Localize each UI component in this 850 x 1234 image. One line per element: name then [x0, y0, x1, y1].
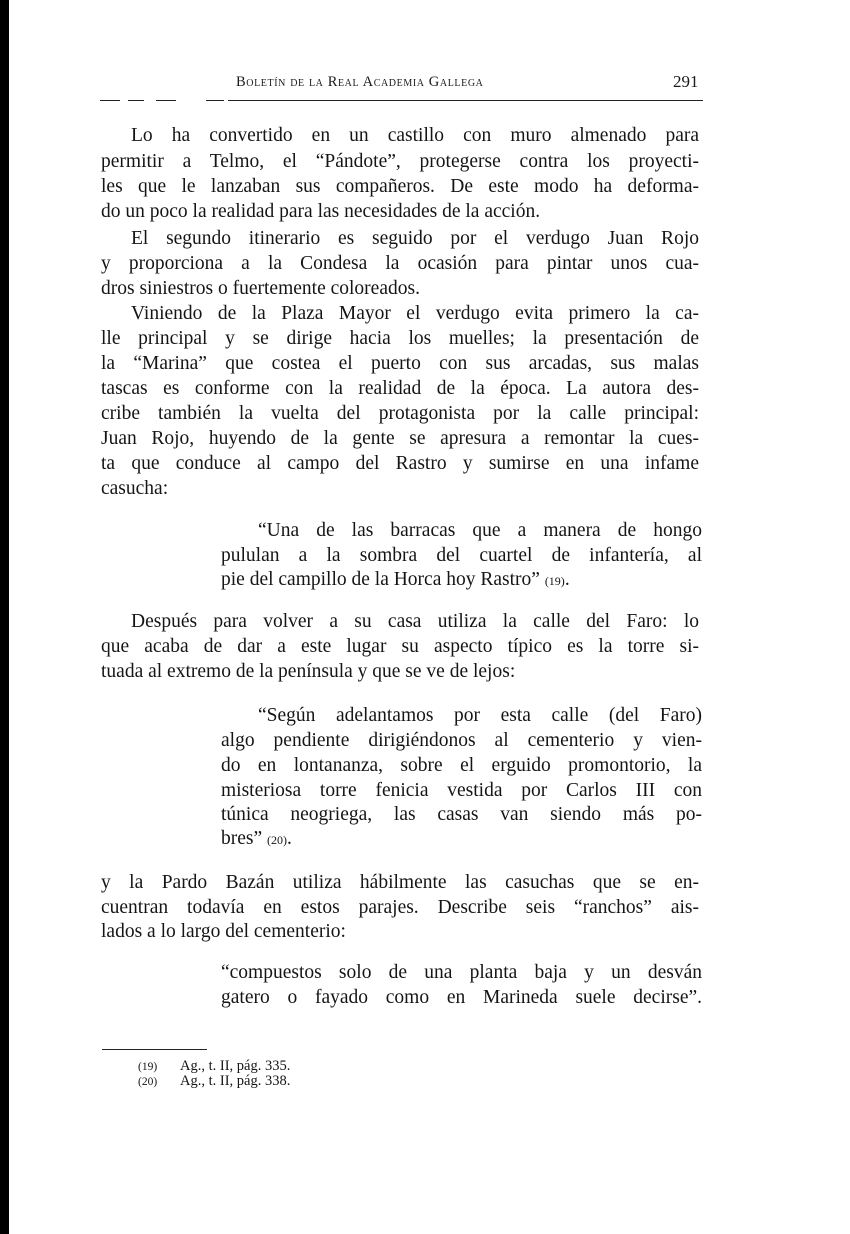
paragraph-line: que acaba de dar a este lugar su aspecto…	[101, 637, 699, 657]
quote-line: “Según adelantamos por esta calle (del F…	[258, 706, 702, 726]
running-title: Boletín de la Real Academia Gallega	[236, 74, 483, 91]
paragraph-line: lle principal y se dirige hacia los muel…	[101, 329, 699, 349]
header-rule	[206, 100, 224, 101]
quote-line: gatero o fayado como en Marineda suele d…	[221, 988, 702, 1008]
footnote-separator	[102, 1049, 207, 1050]
footnote-reference: (20)	[267, 833, 287, 847]
paragraph-line: El segundo itinerario es seguido por el …	[131, 229, 699, 249]
paragraph-line: do un poco la realidad para las necesida…	[101, 202, 699, 222]
paragraph-line: Después para volver a su casa utiliza la…	[131, 612, 699, 632]
header-rule	[156, 100, 176, 101]
paragraph-line: Juan Rojo, huyendo de la gente se apresu…	[101, 429, 699, 449]
footnote-reference: (19)	[545, 574, 565, 588]
page-binding-edge	[0, 0, 9, 1234]
quote-line: do en lontananza, sobre el erguido promo…	[221, 756, 702, 776]
quote-line: algo pendiente dirigiéndonos al cementer…	[221, 731, 702, 751]
paragraph-line: lados a lo largo del cementerio:	[101, 922, 699, 942]
paragraph-line: permitir a Telmo, el “Pándote”, proteger…	[101, 152, 699, 172]
paragraph-line: les que le lanzaban sus compañeros. De e…	[101, 177, 699, 197]
quote-text: bres”	[221, 828, 262, 849]
paragraph-line: y proporciona a la Condesa la ocasión pa…	[101, 254, 699, 274]
quote-line: “compuestos solo de una planta baja y un…	[221, 963, 702, 983]
footnote-mark: (19)	[138, 1061, 180, 1073]
paragraph-line: tascas es conforme con la realidad de la…	[101, 379, 699, 399]
header-rule	[100, 100, 120, 101]
footnote-text: Ag., t. II, pág. 335.	[180, 1058, 290, 1074]
paragraph-line: casucha:	[101, 479, 699, 499]
footnote-mark: (20)	[138, 1076, 180, 1088]
quote-text: pie del campillo de la Horca hoy Rastro”	[221, 569, 540, 590]
quote-trail: .	[565, 569, 570, 590]
quote-line: túnica neogriega, las casas van siendo m…	[221, 805, 702, 825]
header-rule	[128, 100, 144, 101]
footnote-text: Ag., t. II, pág. 338.	[180, 1073, 290, 1089]
paragraph-line: Lo ha convertido en un castillo con muro…	[131, 126, 699, 146]
paragraph-line: Viniendo de la Plaza Mayor el verdugo ev…	[131, 304, 699, 324]
quote-line: pie del campillo de la Horca hoy Rastro”…	[221, 570, 702, 590]
quote-line: “Una de las barracas que a manera de hon…	[258, 521, 702, 541]
quote-line: misteriosa torre fenicia vestida por Car…	[221, 781, 702, 801]
quote-line: bres” (20).	[221, 829, 702, 849]
paragraph-line: dros siniestros o fuertemente coloreados…	[101, 279, 699, 299]
paragraph-line: ta que conduce al campo del Rastro y sum…	[101, 454, 699, 474]
header-rule	[228, 100, 703, 101]
paragraph-line: cribe también la vuelta del protagonista…	[101, 404, 699, 424]
paragraph-line: cuentran todavía en estos parajes. Descr…	[101, 898, 699, 918]
quote-line: pululan a la sombra del cuartel de infan…	[221, 546, 702, 566]
footnote: (20)Ag., t. II, pág. 338.	[138, 1073, 290, 1090]
paragraph-line: la “Marina” que costea el puerto con sus…	[101, 354, 699, 374]
quote-trail: .	[287, 828, 292, 849]
paragraph-line: y la Pardo Bazán utiliza hábilmente las …	[101, 873, 699, 893]
page-number: 291	[673, 72, 699, 92]
paragraph-line: tuada al extremo de la península y que s…	[101, 662, 699, 682]
